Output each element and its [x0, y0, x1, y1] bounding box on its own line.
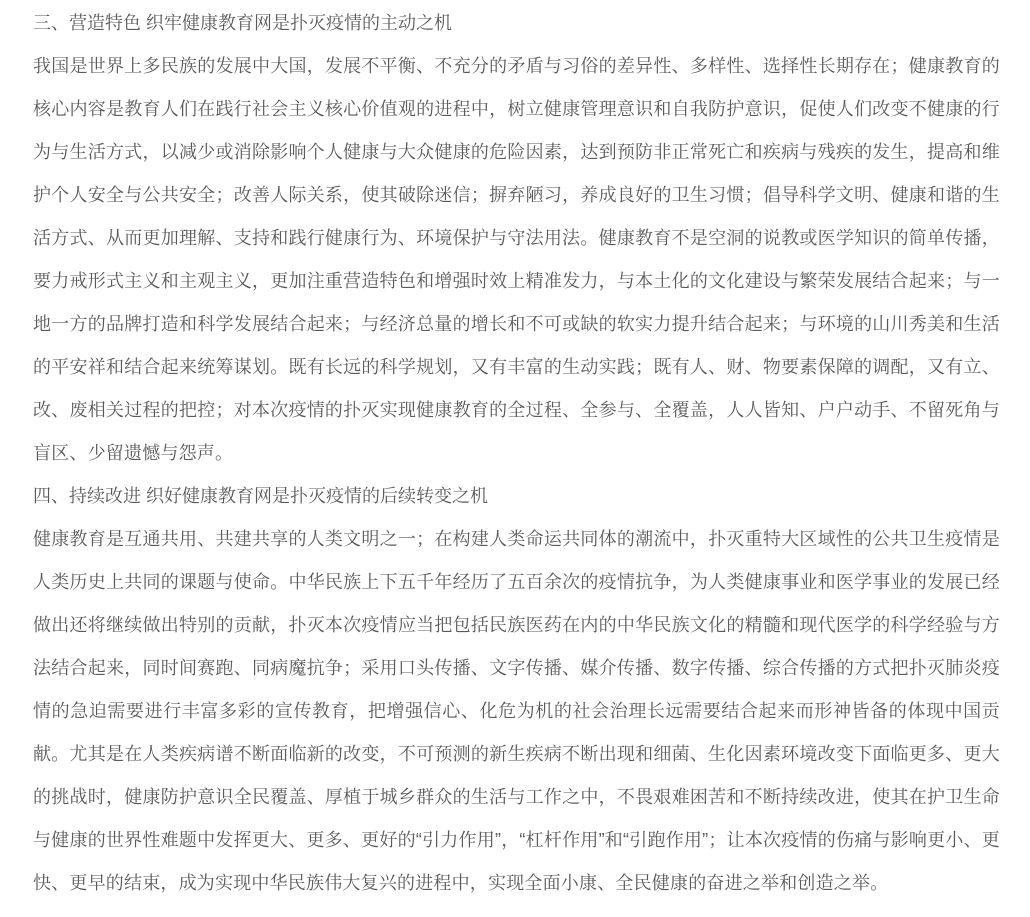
section-4-heading: 四、持续改进 织好健康教育网是扑灭疫情的后续转变之机: [33, 475, 1000, 518]
document-page: 三、营造特色 织牢健康教育网是扑灭疫情的主动之机 我国是世界上多民族的发展中大国…: [0, 0, 1030, 917]
section-3: 三、营造特色 织牢健康教育网是扑灭疫情的主动之机 我国是世界上多民族的发展中大国…: [33, 2, 1000, 475]
section-4-paragraph: 健康教育是互通共用、共建共享的人类文明之一；在构建人类命运共同体的潮流中，扑灭重…: [33, 518, 1000, 905]
section-3-heading: 三、营造特色 织牢健康教育网是扑灭疫情的主动之机: [33, 2, 1000, 45]
section-4: 四、持续改进 织好健康教育网是扑灭疫情的后续转变之机 健康教育是互通共用、共建共…: [33, 475, 1000, 905]
section-3-paragraph: 我国是世界上多民族的发展中大国，发展不平衡、不充分的矛盾与习俗的差异性、多样性、…: [33, 45, 1000, 475]
